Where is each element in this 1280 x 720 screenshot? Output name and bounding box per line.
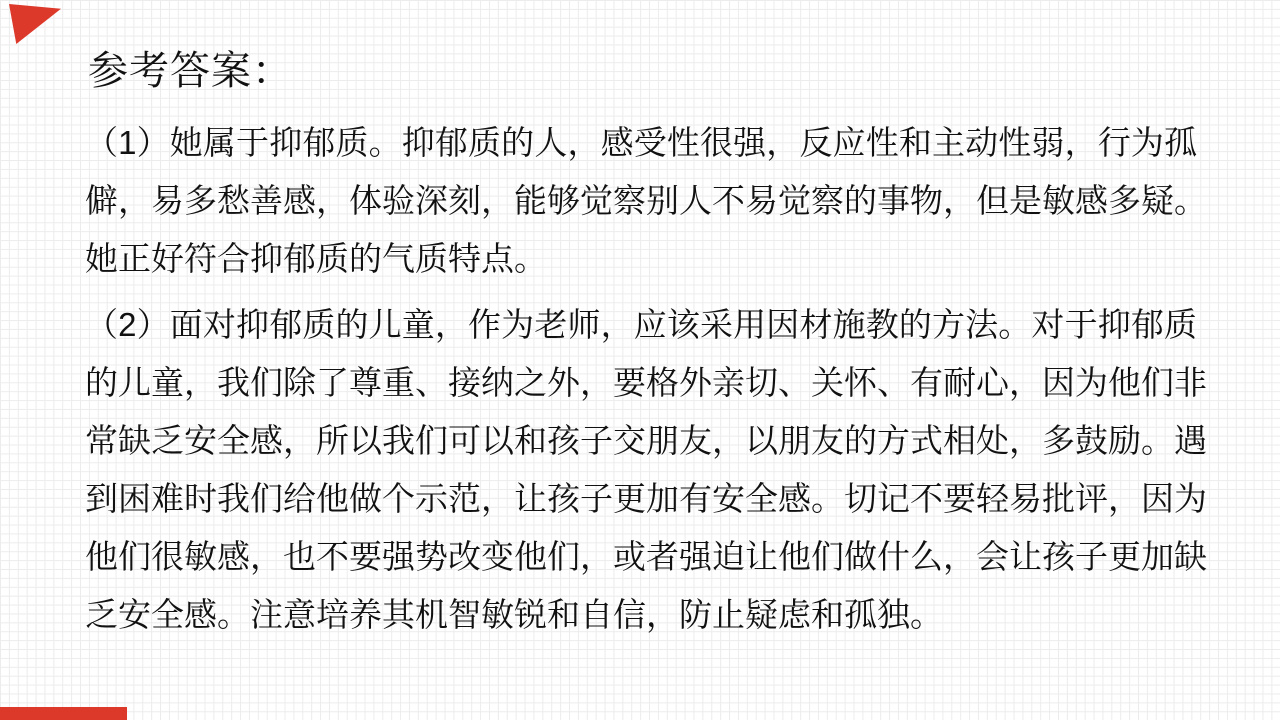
text-line: （2）面对抑郁质的儿童，作为老师，应该采用因材施教的方法。对于抑郁质 (85, 296, 1197, 354)
text-line: 乏安全感。注意培养其机智敏锐和自信，防止疑虑和孤独。 (85, 586, 1197, 644)
text-line: 到困难时我们给他做个示范，让孩子更加有安全感。切记不要轻易批评，因为 (85, 470, 1197, 528)
slide-title: 参考答案： (88, 48, 293, 94)
text-line: 僻，易多愁善感，体验深刻，能够觉察别人不易觉察的事物，但是敏感多疑。 (85, 172, 1197, 230)
bottom-accent-bar (0, 707, 127, 720)
text-line: （1）她属于抑郁质。抑郁质的人，感受性很强，反应性和主动性弱，行为孤 (85, 114, 1197, 172)
answer-paragraph-2: （2）面对抑郁质的儿童，作为老师，应该采用因材施教的方法。对于抑郁质 的儿童，我… (85, 296, 1197, 644)
text-line: 他们很敏感，也不要强势改变他们，或者强迫让他们做什么，会让孩子更加缺 (85, 528, 1197, 586)
answer-paragraph-1: （1）她属于抑郁质。抑郁质的人，感受性很强，反应性和主动性弱，行为孤 僻，易多愁… (85, 114, 1197, 288)
slide-canvas: 参考答案： （1）她属于抑郁质。抑郁质的人，感受性很强，反应性和主动性弱，行为孤… (0, 0, 1280, 720)
text-line: 的儿童，我们除了尊重、接纳之外，要格外亲切、关怀、有耐心，因为他们非 (85, 354, 1197, 412)
text-line: 她正好符合抑郁质的气质特点。 (85, 230, 1197, 288)
text-line: 常缺乏安全感，所以我们可以和孩子交朋友，以朋友的方式相处，多鼓励。遇 (85, 412, 1197, 470)
corner-ribbon-icon (9, 4, 61, 44)
